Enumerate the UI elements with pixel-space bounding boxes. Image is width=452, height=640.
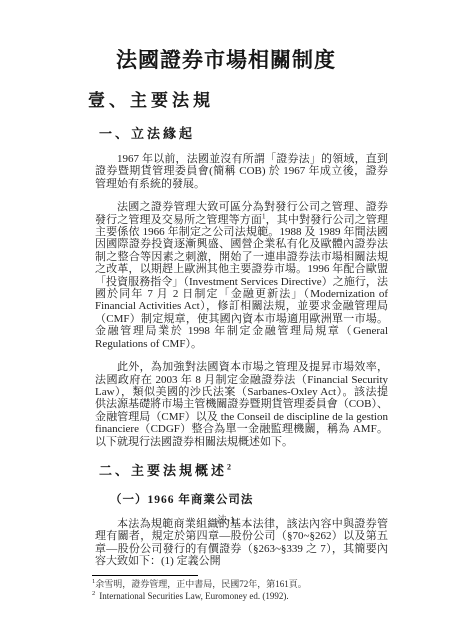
part-heading-main-regulations: 壹、主要法規: [88, 86, 390, 111]
section-heading-text: 二、主要法規概述: [99, 463, 227, 478]
document-page: 法國證券市場相關制度 壹、主要法規 一、立法緣起 1967 年以前，法國並沒有所…: [0, 0, 452, 640]
footnote-1-text: 余雪明，證券管理，正中書局，民國72年，第161頁。: [95, 579, 307, 589]
section-heading-regulations-overview: 二、主要法規概述2: [99, 460, 390, 479]
document-title: 法國證券市場相關制度: [0, 44, 452, 74]
item-heading-1966-company-law: （一）1966 年商業公司法: [110, 491, 390, 507]
footnote-block: 1余雪明，證券管理，正中書局，民國72年，第161頁。 2Internation…: [92, 575, 385, 602]
footnote-1: 1余雪明，證券管理，正中書局，民國72年，第161頁。: [92, 578, 385, 590]
page-number: 法-1: [0, 512, 452, 526]
paragraph-cob-founding: 1967 年以前，法國並沒有所謂「證券法」的領域，直到證券暨期貨管理委員會(簡稱…: [95, 153, 388, 190]
footnote-2: 2International Securities Law, Euromoney…: [92, 590, 385, 602]
footnote-separator-rule: [92, 575, 198, 576]
section-heading-legislative-origin: 一、立法緣起: [99, 123, 390, 142]
footnote-ref-2: 2: [227, 463, 231, 472]
footnote-2-marker: 2: [92, 590, 95, 597]
footnote-2-text: International Securities Law, Euromoney …: [99, 591, 288, 601]
paragraph-regulatory-reform: 法國之證券管理大致可區分為對發行公司之管理、證券發行之管理及交易所之管理等方面1…: [95, 201, 388, 350]
paragraph-financial-security-law: 此外，為加強對法國資本市場之管理及提昇市場效率，法國政府在 2003 年 8 月…: [95, 361, 388, 448]
paragraph-text-after-footnote-ref: ，其中對發行公司之管理主要係依 1966 年制定之公司法規範。1988 及 19…: [95, 214, 388, 350]
